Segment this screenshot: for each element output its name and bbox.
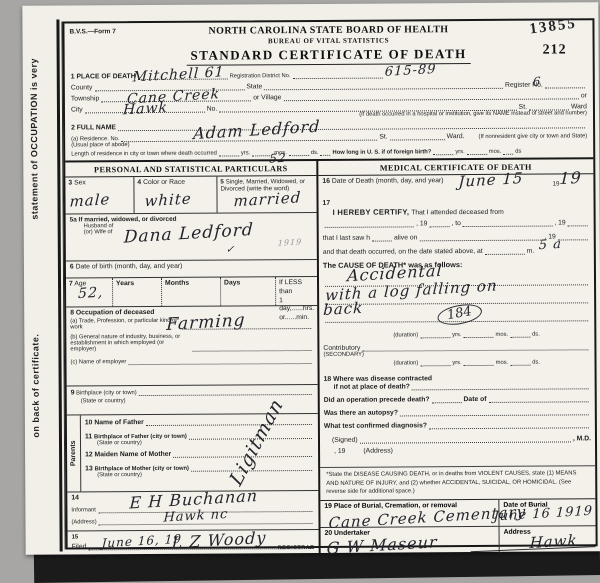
dotted-line (372, 234, 392, 242)
m-label: m. (527, 248, 535, 255)
less-than-day-cell: If LESS than 1 day,......hrs. or......mi… (275, 277, 317, 305)
dod-year-handwritten: 19 (559, 170, 582, 187)
dob-number: 6 (70, 263, 74, 270)
undertaker-number: 20 (325, 530, 333, 537)
dotted-line (489, 394, 589, 403)
dotted-line (390, 132, 445, 140)
city-label: City (71, 106, 83, 113)
yrs-label: yrs. (241, 150, 250, 156)
certify-number: 17 (323, 200, 331, 207)
form-reference: B.V.S.—Form 7 (69, 28, 115, 35)
dotted-line (289, 148, 309, 156)
father-number: 10 (85, 419, 93, 426)
occupation-b-label: (b) General nature of industry, business… (70, 334, 190, 353)
occupation-label: Occupation of deceased (76, 309, 155, 316)
burial-number: 19 (324, 503, 332, 510)
spouse-label: If married, widowed, or divorced (79, 216, 177, 224)
race-number: 4 (137, 179, 141, 186)
dotted-line (192, 343, 311, 352)
dob-row: 6 Date of birth (month, day, and year) (66, 260, 317, 279)
q18-number: 18 (324, 376, 332, 383)
village-label: or Village (253, 94, 281, 101)
violent-causes-footnote: *State the DISEASE CAUSING DEATH, or in … (320, 466, 595, 501)
certificate-frame: B.V.S.—Form 7 NORTH CAROLINA STATE BOARD… (62, 18, 597, 549)
header-center: NORTH CAROLINA STATE BOARD OF HEALTH BUR… (64, 20, 592, 66)
certify-rest: That I attended deceased from (411, 209, 504, 217)
race-label: Color or Race (143, 179, 185, 186)
or-label: or (581, 92, 587, 99)
mother-bp-sub: (State or country) (85, 471, 314, 478)
sex-number: 3 (68, 179, 72, 186)
sex-label: Sex (74, 179, 86, 186)
dob-label: Date of birth (month, day, and year) (76, 263, 183, 271)
certify-bold: I HEREBY CERTIFY, (333, 207, 410, 216)
county-label: County (71, 84, 93, 91)
dotted-line (503, 147, 513, 155)
occupation-a-label: (a) Trade, Profession, or particular kin… (70, 318, 180, 331)
informant-label: Informant (71, 507, 96, 513)
dod-label: Date of Death (month, day, and year) (332, 177, 444, 185)
months-cell: Months (161, 278, 220, 306)
state-label: State (246, 83, 262, 90)
question-18-block: 18 Where was disease contracted if not a… (320, 372, 596, 467)
dotted-line (429, 420, 589, 429)
addr-label: (Address) (363, 448, 393, 455)
certificate-header: B.V.S.—Form 7 NORTH CAROLINA STATE BOARD… (64, 20, 592, 69)
operation-label: Did an operation precede death? (324, 396, 430, 404)
dotted-line (146, 417, 312, 426)
field1-label: PLACE OF DEATH (76, 73, 135, 80)
filed-row: 15 Filed June 16, 19 L Z Woody REGISTRAR (68, 530, 319, 556)
informant-address-label: (Address) (71, 519, 96, 525)
full-name-section: 2 FULL NAME (a) Residence. No. St. Ward.… (65, 120, 593, 157)
cause-line3-handwritten: back (323, 301, 364, 318)
race-cell: 4 Color or Race white (133, 177, 216, 214)
time-handwritten: 5 a (538, 238, 562, 252)
undertaker-address-label: Address (504, 529, 531, 536)
days-cell: Days (220, 277, 275, 305)
dotted-line (433, 147, 453, 155)
undertaker-row: 20 Undertaker Address G W Maseur Hawk (321, 526, 596, 554)
birthplace-label: Birthplace (city or town) (76, 390, 137, 396)
dotted-line (510, 358, 530, 366)
register-handwritten: 6 (533, 75, 542, 88)
parents-label: Parents (70, 441, 77, 467)
years-header: Years (116, 280, 134, 287)
occupation-number: 8 (70, 309, 74, 316)
ds-label: ds. (311, 150, 319, 156)
certificate-body: PERSONAL AND STATISTICAL PARTICULARS 3 S… (65, 157, 595, 555)
dotted-line (412, 381, 589, 390)
field2-label: FULL NAME (77, 124, 116, 131)
dotted-line (485, 247, 525, 255)
spouse-row: 5a If married, widowed, or divorced Husb… (66, 213, 317, 262)
dotted-line (419, 233, 542, 242)
comma19-b: , 19 (554, 219, 565, 226)
duration-ds: ds. (532, 332, 540, 338)
age-cell: 7 Age 52, (66, 278, 112, 306)
dotted-line (463, 219, 552, 228)
race-handwritten: white (144, 191, 192, 209)
years-cell: Years (112, 278, 161, 306)
spouse-handwritten: Dana Ledford (123, 222, 254, 247)
certify-block: 17 I HEREBY CERTIFY, That I attended dec… (319, 196, 594, 274)
comma19-a: , 19 (416, 220, 427, 227)
yrs-label-2: yrs. (455, 149, 464, 155)
parents-rows: 10 Name of Father 11 Birthplace of Fathe… (81, 414, 318, 491)
mother-label: Maiden Name of Mother (95, 451, 172, 458)
dotted-line (283, 91, 578, 101)
parents-block: Parents 10 Name of Father 11 Birthplace … (67, 414, 318, 493)
city-handwritten: Hawk (123, 101, 169, 118)
occupation-c-label: (c) Name of employer (70, 359, 126, 365)
dotted-line (360, 434, 571, 443)
birthplace-number: 9 (71, 389, 75, 396)
dotted-line (139, 387, 312, 396)
duration-yrs: yrs. (452, 332, 461, 338)
sex-cell: 3 Sex male (65, 177, 133, 213)
dotted-line (510, 330, 530, 338)
dotted-line (128, 356, 311, 365)
dotted-line (219, 148, 239, 156)
months-header: Months (165, 280, 189, 287)
mortality-code-circled: 184 (436, 301, 484, 328)
age-handwritten: 52, (78, 286, 104, 302)
marital-number: 5 (220, 179, 223, 186)
mos-label-2: mos. (489, 149, 502, 155)
duration-mos: mos. (495, 332, 508, 338)
street-no-label: No. (207, 106, 218, 113)
age-row: 7 Age 52, Years Months Days If LESS than (66, 277, 317, 308)
sex-handwritten: male (69, 192, 110, 209)
informant-number: 14 (71, 494, 79, 501)
certificate-scan: statement of OCCUPATION is very on back … (22, 2, 600, 555)
burial-row: 19 Place of Burial, Cremation, or remova… (320, 499, 595, 528)
duration2-yrs: yrs. (452, 360, 461, 366)
regdist-handwritten: 615-89 (384, 63, 436, 79)
dod-number: 16 (322, 178, 330, 185)
medical-title: MEDICAL CERTIFICATE OF DEATH (318, 159, 593, 176)
informant-address-handwritten: Hawk nc (163, 508, 228, 525)
duration2-ds: ds. (532, 360, 540, 366)
days-header: Days (224, 279, 240, 286)
place-of-death-section: 1 PLACE OF DEATH Registration District N… (65, 69, 593, 119)
test-label: What test confirmed diagnosis? (324, 422, 427, 430)
marital-cell: 5 Single, Married, Widowed, or Divorced … (216, 176, 316, 213)
abode-note: (Usual place of abode) (71, 142, 129, 148)
aliveon-label: alive on (394, 234, 417, 241)
father-bp-sub: (State or country) (85, 439, 314, 446)
duration-label: (duration) (393, 332, 418, 338)
foreign-birth-label: How long in U. S. if of foreign birth? (333, 149, 432, 156)
nonresident-note: (If nonresident give city or town and St… (479, 133, 588, 140)
lastsaw-label: that I last saw h (323, 235, 370, 242)
dotted-line (264, 81, 503, 90)
dotted-line (400, 407, 589, 416)
checkmark: ✓ (226, 245, 236, 256)
sex-race-marital-row: 3 Sex male 4 Color or Race white 5 Singl… (65, 176, 316, 215)
residence-st-label: St. (379, 134, 387, 141)
field1-number: 1 (71, 73, 75, 80)
ds-label-2: ds (515, 149, 521, 155)
medical-column: MEDICAL CERTIFICATE OF DEATH 16 Date of … (318, 159, 595, 554)
addr19-label: , 19 (334, 448, 345, 455)
dotted-line (292, 71, 382, 80)
father-label: Name of Father (94, 419, 144, 426)
dotted-line (118, 120, 585, 131)
length-residence-label: Length of residence in city or town wher… (71, 151, 217, 158)
contributory-block: Contributory (SECONDARY) (duration) yrs.… (319, 340, 594, 374)
registrar-label: REGISTRAR (278, 545, 315, 551)
marital-handwritten: married (233, 190, 301, 209)
dotted-line (463, 330, 493, 338)
less-line1: If LESS than (279, 279, 314, 297)
margin-note-back: on back of certificate. (30, 288, 41, 438)
dotted-line (420, 330, 450, 338)
dotted-line (362, 342, 588, 351)
occupation-row: 8 Occupation of deceased (a) Trade, Prof… (66, 306, 317, 387)
township-label: Township (71, 95, 99, 102)
informant-row: 14 Informant (Address) E H Buchanan Hawk… (67, 491, 318, 532)
duration2-mos: mos. (496, 360, 509, 366)
mother-number: 12 (85, 451, 93, 458)
date-of-death-row: 16 Date of Death (month, day, and year) … (318, 174, 593, 198)
dotted-line (545, 80, 585, 88)
margin-note-occupation: statement of OCCUPATION is very (29, 40, 40, 220)
parents-side-label: Parents (67, 415, 81, 491)
filed-number: 15 (72, 534, 79, 540)
dotted-line (420, 358, 450, 366)
q18-line2: if not at place of death? (324, 383, 410, 391)
mother-bp-number: 13 (85, 465, 93, 472)
dod-handwritten: June 15 (458, 171, 524, 190)
hospital-note: (If death occurred in a hospital or inst… (359, 110, 587, 117)
pencil-note: 1919 (278, 238, 303, 247)
street-label: St. (519, 104, 527, 111)
personal-column: PERSONAL AND STATISTICAL PARTICULARS 3 S… (65, 161, 320, 556)
father-bp-number: 11 (85, 433, 92, 440)
residence-ward-label: Ward. (447, 133, 465, 140)
dotted-line (529, 102, 569, 110)
md-label: , M.D. (573, 435, 591, 442)
autopsy-label: Was there an autopsy? (324, 409, 398, 416)
dotted-line (464, 358, 494, 366)
dotted-line (558, 232, 588, 240)
to-label: , to (451, 220, 460, 227)
age-number: 7 (69, 280, 73, 287)
dotted-line (431, 395, 461, 403)
filed-label: Filed (72, 543, 87, 550)
dotted-line (320, 148, 330, 156)
dotted-line (325, 219, 414, 228)
dotted-line (568, 218, 588, 226)
burial-block: 19 Place of Burial, Cremation, or remova… (320, 499, 595, 554)
dateof-label: Date of (463, 396, 486, 403)
occurred-label: and that death occurred, on the date sta… (323, 248, 483, 256)
stamped-code: 212 (543, 42, 567, 58)
spouse-number: 5a (70, 216, 77, 223)
regdist-label: Registration District No. (230, 73, 291, 79)
dotted-line (429, 219, 449, 227)
length-residence-handwritten: 52 (269, 152, 287, 165)
dotted-line (467, 147, 487, 155)
occupation-handwritten: Farming (166, 312, 246, 334)
signed-label: (Signed) (332, 437, 358, 444)
duration2: (duration) (394, 360, 419, 366)
field2-number: 2 (71, 124, 75, 131)
cause-of-death-block: Accidental with a log falling on back 18… (319, 272, 594, 342)
